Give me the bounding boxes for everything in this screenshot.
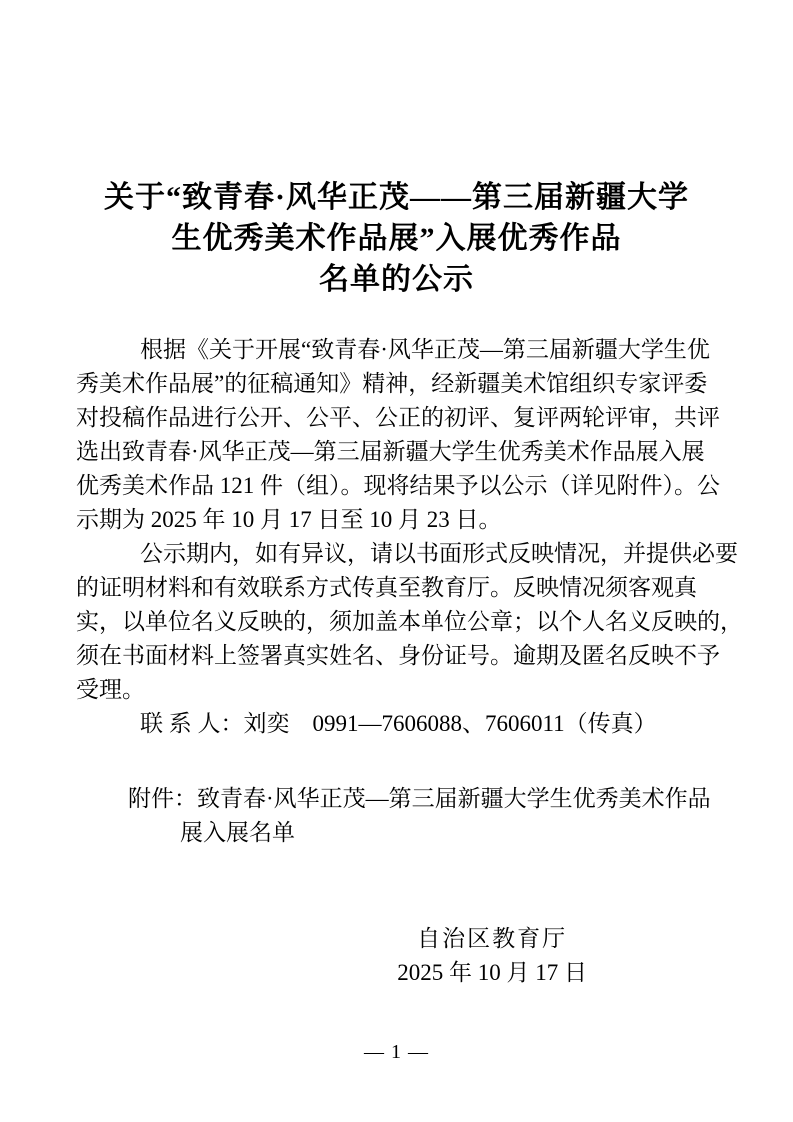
document-content: 关于“致青春·风华正茂——第三届新疆大学生优秀美术作品展”入展优秀作品名单的公示… <box>0 177 793 1064</box>
signature-inner: 自治区教育厅 2025 年 10 月 17 日 <box>397 922 587 990</box>
text-line: 秀美术作品展”的征稿通知》精神，经新疆美术馆组织专家评委 <box>76 367 717 401</box>
text-line: 示期为 2025 年 10 月 17 日至 10 月 23 日。 <box>76 503 717 537</box>
signature-date: 2025 年 10 月 17 日 <box>397 956 587 990</box>
contact-line: 联 系 人：刘奕 0991—7606088、7606011（传真） <box>76 707 717 741</box>
text-line: 展入展名单 <box>180 816 717 850</box>
document-title: 关于“致青春·风华正茂——第三届新疆大学生优秀美术作品展”入展优秀作品名单的公示 <box>76 177 717 300</box>
text-line: 根据《关于开展“致青春·风华正茂—第三届新疆大学生优 <box>76 333 717 367</box>
text-line: 关于“致青春·风华正茂——第三届新疆大学 <box>76 177 717 218</box>
text-line: 的证明材料和有效联系方式传真至教育厅。反映情况须客观真 <box>76 571 717 605</box>
text-line: 实，以单位名义反映的，须加盖本单位公章；以个人名义反映的， <box>76 605 717 639</box>
text-line: 名单的公示 <box>76 259 717 300</box>
text-line: 公示期内，如有异议，请以书面形式反映情况，并提供必要 <box>76 537 717 571</box>
attachment-note: 附件：致青春·风华正茂—第三届新疆大学生优秀美术作品展入展名单 <box>76 782 717 850</box>
text-line: 对投稿作品进行公开、公平、公正的初评、复评两轮评审，共评 <box>76 401 717 435</box>
text-line: 受理。 <box>76 673 717 707</box>
paragraph-announcement: 根据《关于开展“致青春·风华正茂—第三届新疆大学生优秀美术作品展”的征稿通知》精… <box>76 333 717 537</box>
signature-block: 自治区教育厅 2025 年 10 月 17 日 <box>76 922 587 990</box>
signature-org: 自治区教育厅 <box>397 922 587 956</box>
page-number: — 1 — <box>76 1040 717 1064</box>
text-line: 优秀美术作品 121 件（组）。现将结果予以公示（详见附件）。公 <box>76 469 717 503</box>
paragraph-objection-procedure: 公示期内，如有异议，请以书面形式反映情况，并提供必要的证明材料和有效联系方式传真… <box>76 537 717 707</box>
text-line: 选出致青春·风华正茂—第三届新疆大学生优秀美术作品展入展 <box>76 435 717 469</box>
text-line: 须在书面材料上签署真实姓名、身份证号。逾期及匿名反映不予 <box>76 639 717 673</box>
text-line: 生优秀美术作品展”入展优秀作品 <box>76 218 717 259</box>
text-line: 附件：致青春·风华正茂—第三届新疆大学生优秀美术作品 <box>128 782 717 816</box>
document-page: 关于“致青春·风华正茂——第三届新疆大学生优秀美术作品展”入展优秀作品名单的公示… <box>0 0 793 1122</box>
